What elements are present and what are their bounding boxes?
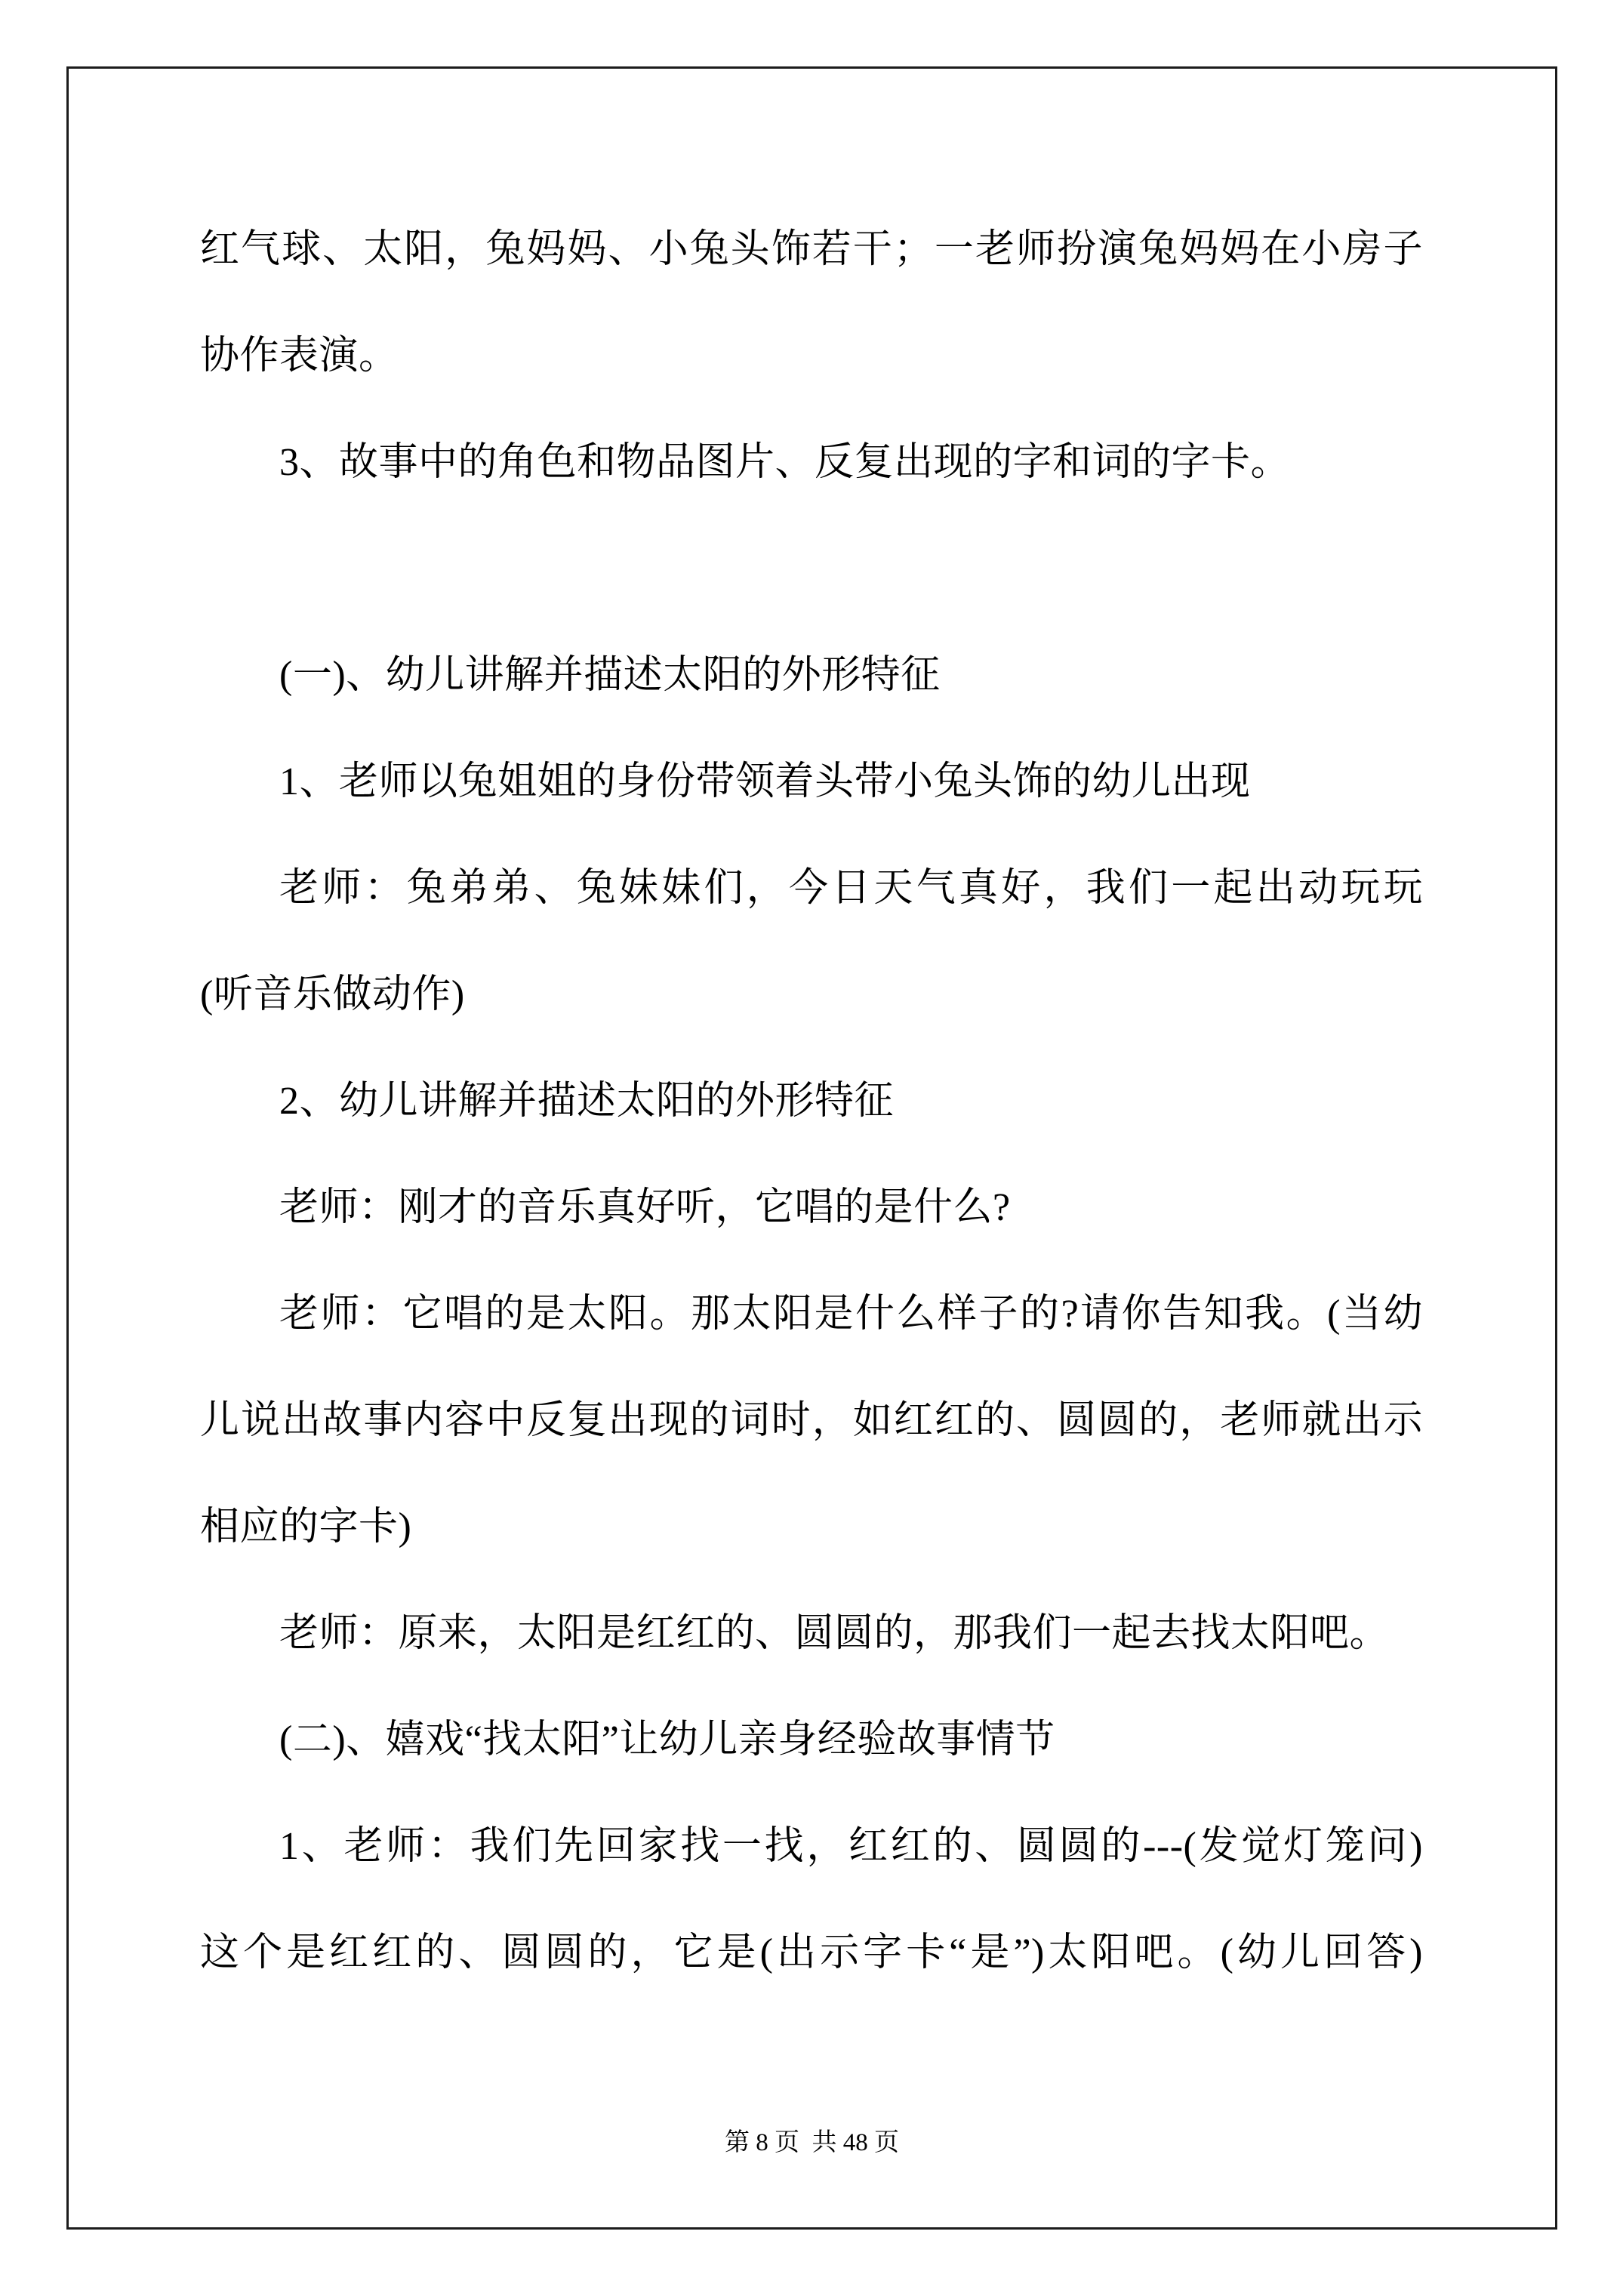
text-line: 相应的字卡): [200, 1474, 1423, 1580]
document-body: 红气球、太阳，兔妈妈、小兔头饰若干；一老师扮演兔妈妈在小房子里 协作表演。 3、…: [200, 196, 1423, 2006]
text-line: (听音乐做动作): [200, 942, 1423, 1048]
text-line: 老师：原来，太阳是红红的、圆圆的，那我们一起去找太阳吧。: [200, 1580, 1423, 1687]
text-line: 协作表演。: [200, 303, 1423, 409]
text-line: (一)、幼儿讲解并描述太阳的外形特征: [200, 622, 1423, 729]
text-line: 2、幼儿讲解并描述太阳的外形特征: [200, 1048, 1423, 1154]
text-line: (二)、嬉戏“找太阳”让幼儿亲身经验故事情节: [200, 1687, 1423, 1793]
text-line: 1、老师以兔姐姐的身份带领着头带小兔头饰的幼儿出现: [200, 729, 1423, 835]
text-line: 儿说出故事内容中反复出现的词时，如红红的、圆圆的，老师就出示: [200, 1367, 1423, 1474]
page-border: 红气球、太阳，兔妈妈、小兔头饰若干；一老师扮演兔妈妈在小房子里 协作表演。 3、…: [66, 66, 1557, 2230]
text-line: 1、老师：我们先回家找一找，红红的、圆圆的---(发觉灯笼问): [200, 1793, 1423, 1900]
text-line: 红气球、太阳，兔妈妈、小兔头饰若干；一老师扮演兔妈妈在小房子里: [200, 196, 1423, 303]
text-line: 这个是红红的、圆圆的，它是(出示字卡“是”)太阳吧。(幼儿回答): [200, 1900, 1423, 2006]
text-line: 老师：它唱的是太阳。那太阳是什么样子的?请你告知我。(当幼: [200, 1261, 1423, 1367]
text-line: 3、故事中的角色和物品图片、反复出现的字和词的字卡。: [200, 409, 1423, 516]
page-footer: 第 8 页 共 48 页: [69, 2128, 1555, 2158]
text-line: 老师：兔弟弟、兔妹妹们，今日天气真好，我们一起出动玩玩吧。: [200, 835, 1423, 942]
text-line: 老师：刚才的音乐真好听，它唱的是什么?: [200, 1154, 1423, 1261]
